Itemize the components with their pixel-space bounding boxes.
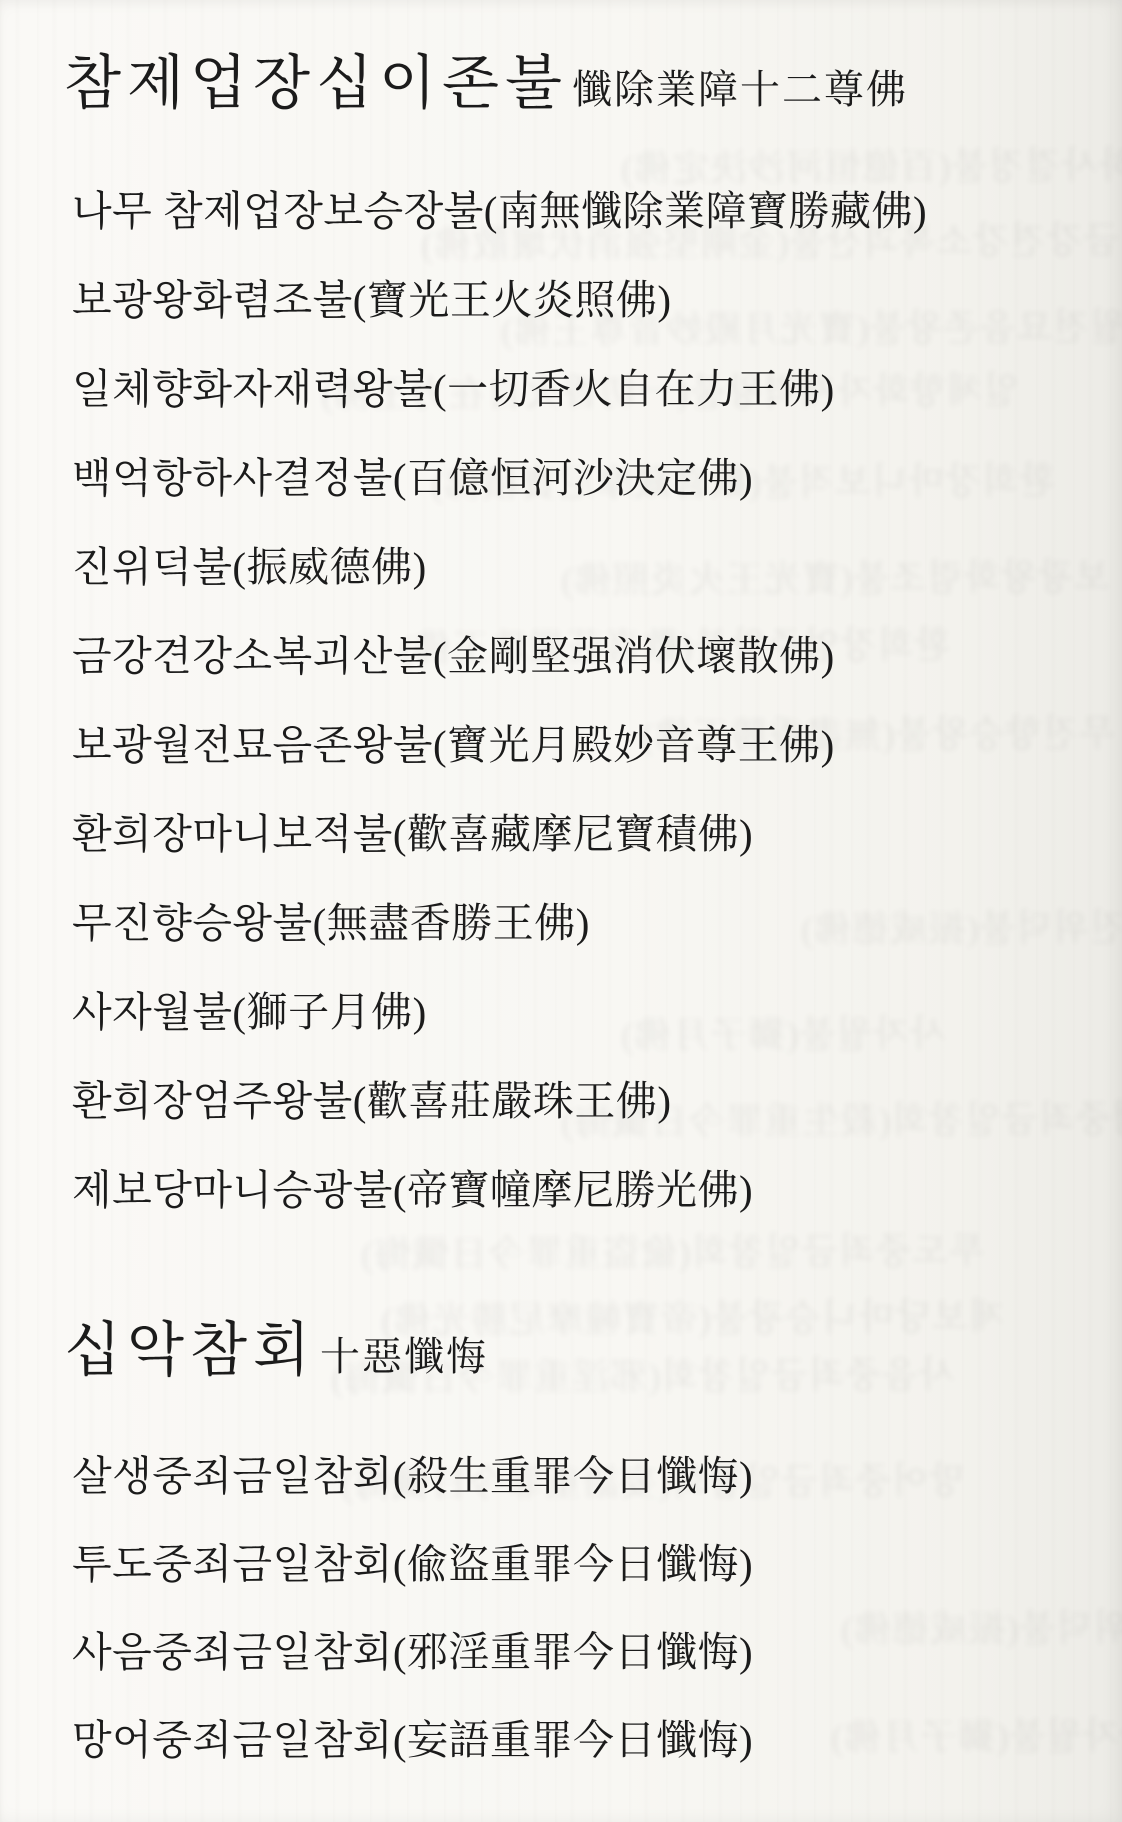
buddha-name-line: 보광왕화렴조불(寶光王火炎照佛) xyxy=(72,256,1122,345)
section-title-hanja: 懺除業障十二尊佛 xyxy=(572,67,908,112)
repentance-line: 망어중죄금일참회(妄語重罪今日懺悔) xyxy=(72,1696,1122,1784)
buddha-name-line: 보광월전묘음존왕불(寶光月殿妙音尊王佛) xyxy=(72,701,1122,790)
section-title-hanja: 十惡懺悔 xyxy=(320,1334,488,1379)
buddha-name-line: 무진향승왕불(無盡香勝王佛) xyxy=(72,879,1122,968)
buddha-name-list: 나무 참제업장보승장불(南無懺除業障寶勝藏佛) 보광왕화렴조불(寶光王火炎照佛)… xyxy=(0,167,1122,1235)
section-title-hangul: 참제업장십이존불 xyxy=(64,50,568,116)
repentance-line: 살생중죄금일참회(殺生重罪今日懺悔) xyxy=(72,1432,1122,1520)
buddha-name-line: 환희장엄주왕불(歡喜莊嚴珠王佛) xyxy=(72,1057,1122,1146)
buddha-name-line: 금강견강소복괴산불(金剛堅强消伏壞散佛) xyxy=(72,612,1122,701)
buddha-name-line: 백억항하사결정불(百億恒河沙決定佛) xyxy=(72,434,1122,523)
buddha-name-line: 나무 참제업장보승장불(南無懺除業障寶勝藏佛) xyxy=(72,167,1122,256)
buddha-name-line: 제보당마니승광불(帝寶幢摩尼勝光佛) xyxy=(72,1146,1122,1235)
section-title-hangul: 십악참회 xyxy=(64,1317,316,1383)
scanned-sutra-page: 백억항하사결정불(百億恒河沙決定佛) 금강견강소복괴산불(金剛堅强消伏壞散佛) … xyxy=(0,0,1122,1822)
repentance-line: 투도중죄금일참회(偸盜重罪今日懺悔) xyxy=(72,1520,1122,1608)
buddha-name-line: 일체향화자재력왕불(一切香火自在力王佛) xyxy=(72,345,1122,434)
buddha-name-line: 환희장마니보적불(歡喜藏摩尼寶積佛) xyxy=(72,790,1122,879)
repentance-line: 사음중죄금일참회(邪淫重罪今日懺悔) xyxy=(72,1608,1122,1696)
section-title-twelve-buddhas: 참제업장십이존불懺除業障十二尊佛 xyxy=(0,0,1122,113)
buddha-name-line: 사자월불(獅子月佛) xyxy=(72,968,1122,1057)
buddha-name-line: 진위덕불(振威德佛) xyxy=(72,523,1122,612)
repentance-line-list: 살생중죄금일참회(殺生重罪今日懺悔) 투도중죄금일참회(偸盜重罪今日懺悔) 사음… xyxy=(0,1432,1122,1784)
section-title-ten-evils-repentance: 십악참회十惡懺悔 xyxy=(0,1321,1122,1380)
